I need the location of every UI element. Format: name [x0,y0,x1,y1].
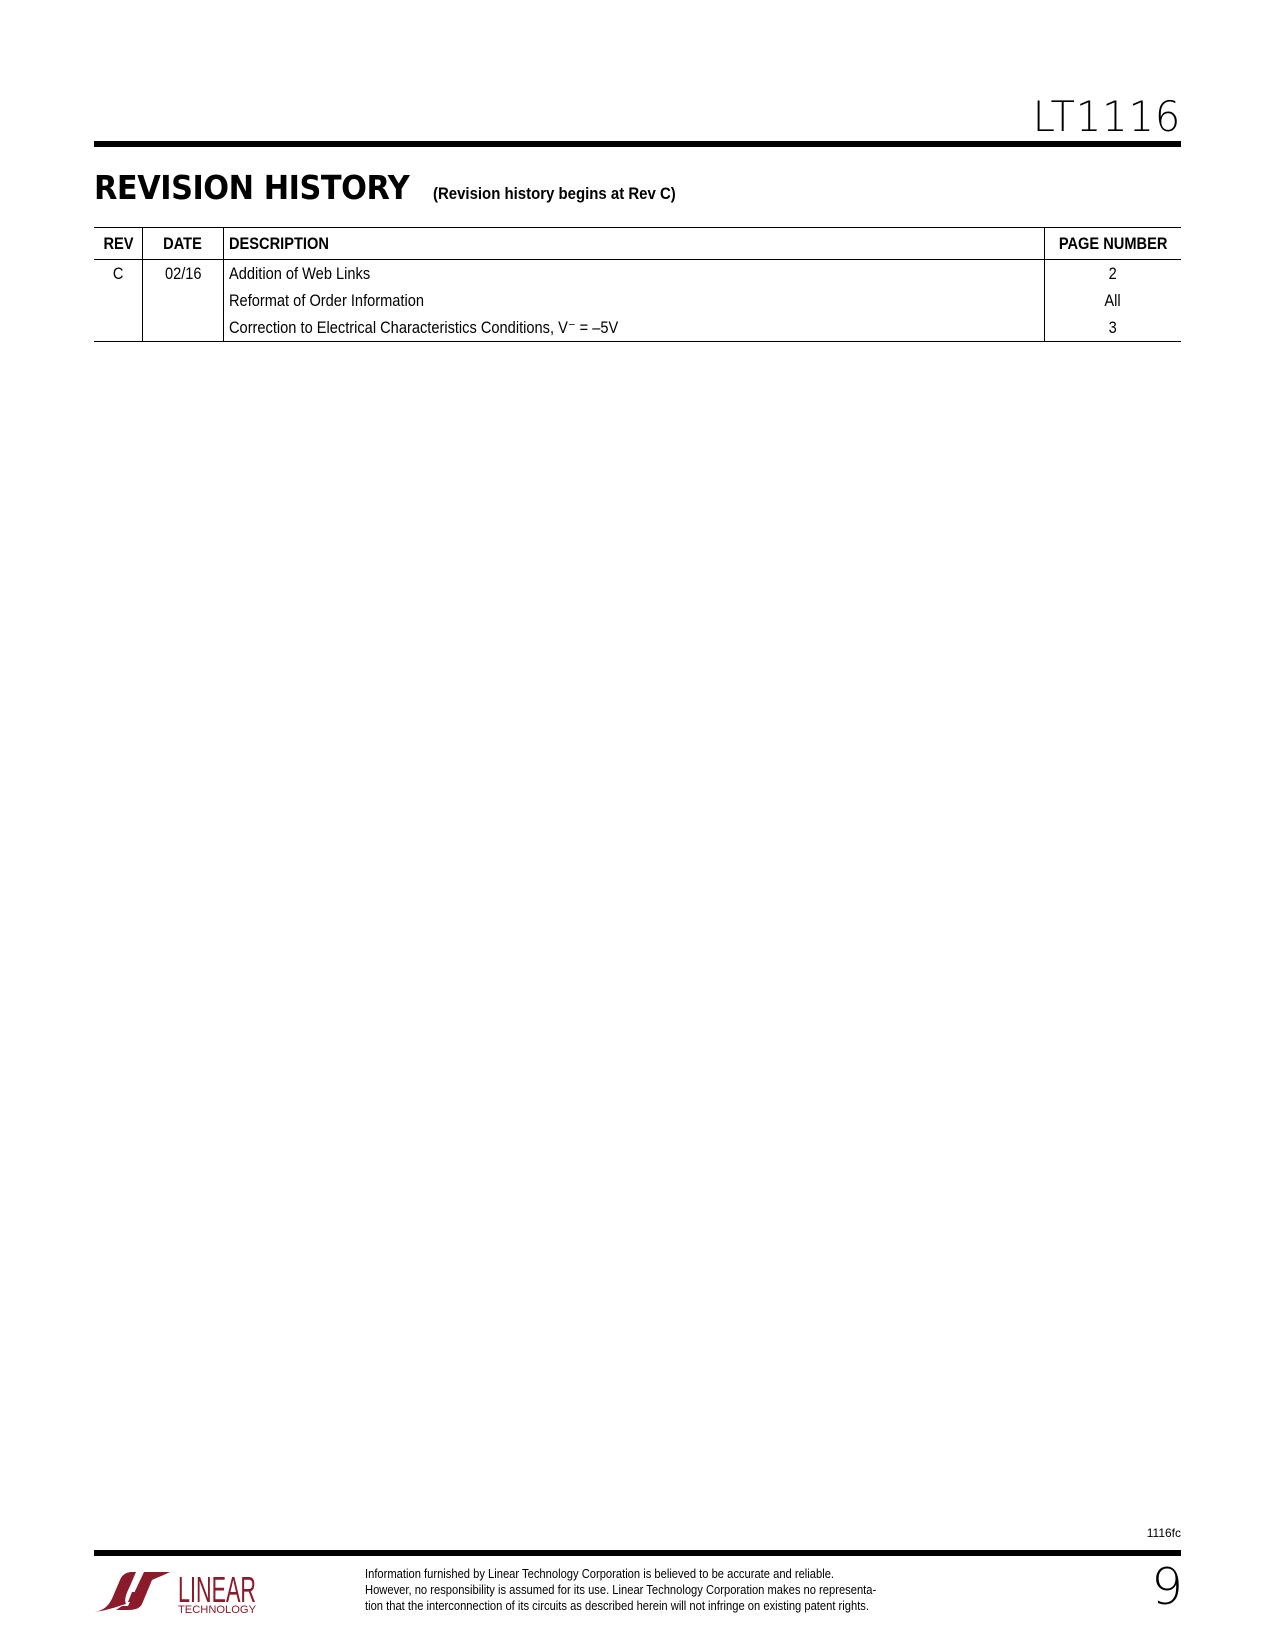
column-header-page-number: PAGE NUMBER [1044,228,1181,260]
disclaimer-line: tion that the interconnection of its cir… [365,1598,847,1614]
cell-rev [94,287,143,314]
cell-date: 02/16 [143,260,224,288]
linear-technology-logo: LINEAR TECHNOLOGY [92,1566,262,1614]
column-header-description: DESCRIPTION [224,228,1045,260]
lt-mark-icon [94,1572,170,1612]
cell-description: Correction to Electrical Characteristics… [224,314,1045,342]
disclaimer-line: Information furnished by Linear Technolo… [365,1566,847,1582]
table-row: Reformat of Order Information All [94,287,1181,314]
table-row: Correction to Electrical Characteristics… [94,314,1181,342]
revision-history-table: REV DATE DESCRIPTION PAGE NUMBER C 02/16… [94,227,1181,342]
cell-page: 3 [1044,314,1181,342]
part-number: LT1116 [1033,96,1181,138]
footer-rule [94,1550,1181,1556]
section-subtitle: (Revision history begins at Rev C) [433,184,676,204]
cell-page: All [1044,287,1181,314]
cell-page: 2 [1044,260,1181,288]
header-rule [94,141,1181,147]
cell-description: Reformat of Order Information [224,287,1045,314]
svg-text:TECHNOLOGY: TECHNOLOGY [178,1604,257,1614]
cell-rev [94,314,143,342]
cell-date [143,287,224,314]
cell-description: Addition of Web Links [224,260,1045,288]
legal-disclaimer: Information furnished by Linear Technolo… [365,1566,925,1614]
cell-date [143,314,224,342]
linear-wordmark: LINEAR TECHNOLOGY [178,1569,257,1614]
column-header-date: DATE [143,228,224,260]
section-title: REVISION HISTORY [94,168,409,207]
table-row: C 02/16 Addition of Web Links 2 [94,260,1181,288]
cell-rev: C [94,260,143,288]
disclaimer-line: However, no responsibility is assumed fo… [365,1582,847,1598]
document-code: 1116fc [1147,1526,1181,1540]
column-header-rev: REV [94,228,143,260]
section-heading: REVISION HISTORY (Revision history begin… [94,168,709,207]
page-number: 9 [1151,1562,1183,1612]
table-header-row: REV DATE DESCRIPTION PAGE NUMBER [94,228,1181,260]
